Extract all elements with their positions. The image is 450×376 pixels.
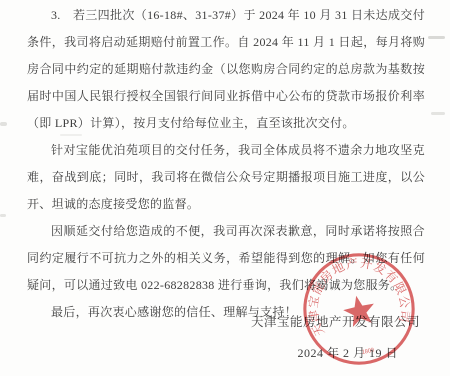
scan-artifact: [0, 214, 6, 217]
scan-artifact: [60, 134, 82, 136]
scan-artifact: [428, 36, 445, 39]
paragraph-clause-3: 3. 若三四批次（16-18#、31-37#）于 2024 年 10 月 31 …: [27, 2, 425, 137]
scan-artifact: [0, 122, 7, 126]
signature-company: 天津宝能房地产开发有限公司: [251, 312, 420, 330]
paragraph-commitment: 针对宝能优泊苑项目的交付任务，我司全体成员将不遗余力地攻坚克难，奋战到底；同时，…: [27, 137, 425, 218]
paragraph-apology: 因顺延交付给您造成的不便，我司再次深表歉意，同时承诺将按照合同约定履行不可抗力之…: [27, 218, 425, 299]
letter-body: 3. 若三四批次（16-18#、31-37#）于 2024 年 10 月 31 …: [27, 2, 425, 326]
scan-artifact: [130, 96, 156, 98]
scan-artifact: [431, 112, 445, 115]
document-page: 3. 若三四批次（16-18#、31-37#）于 2024 年 10 月 31 …: [0, 0, 450, 376]
signature-date: 2024 年 2 月 19 日: [297, 344, 398, 361]
